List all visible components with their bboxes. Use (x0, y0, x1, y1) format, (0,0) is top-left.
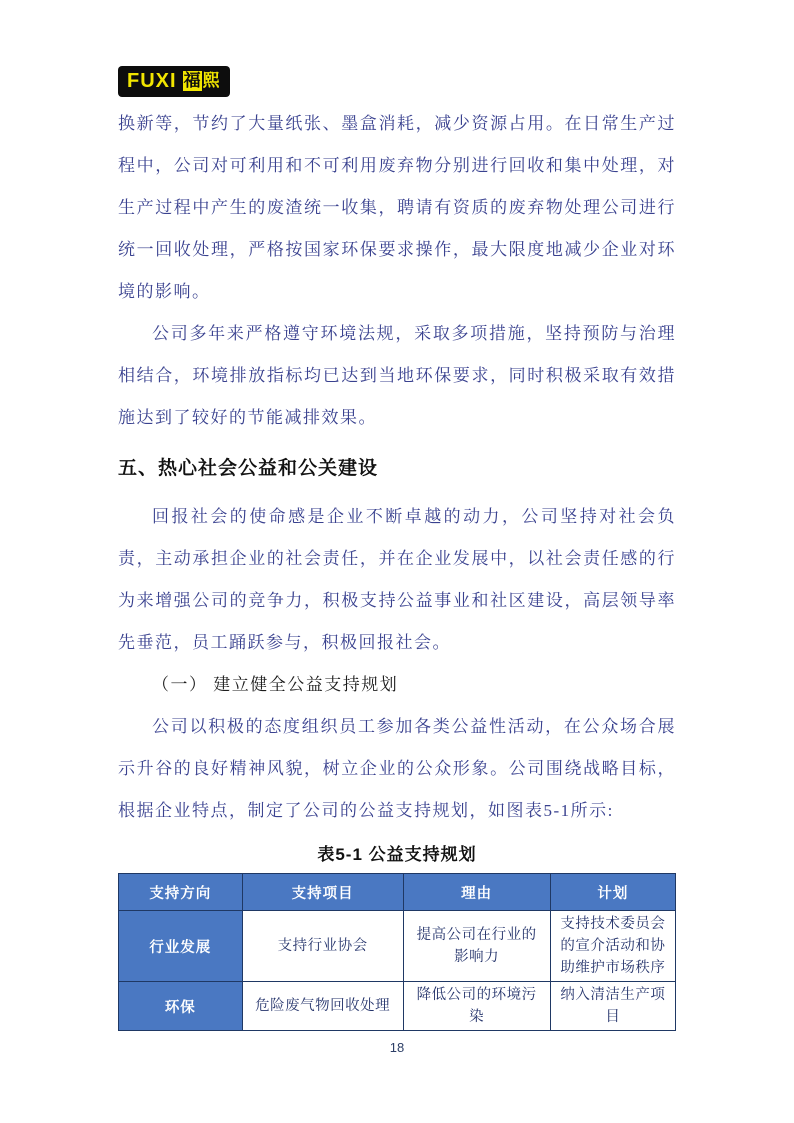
subsection-heading: （一） 建立健全公益支持规划 (118, 664, 676, 706)
section-heading: 五、热心社会公益和公关建设 (118, 455, 676, 482)
document-body: 换新等，节约了大量纸张、墨盒消耗，减少资源占用。在日常生产过程中，公司对可利用和… (118, 103, 676, 1031)
table-header-row: 支持方向 支持项目 理由 计划 (119, 874, 676, 911)
document-page: FUXI 福熙 换新等，节约了大量纸张、墨盒消耗，减少资源占用。在日常生产过程中… (0, 0, 794, 1123)
table-cell: 支持行业协会 (242, 911, 403, 982)
body-paragraph-1: 换新等，节约了大量纸张、墨盒消耗，减少资源占用。在日常生产过程中，公司对可利用和… (118, 103, 676, 313)
public-welfare-support-table: 支持方向 支持项目 理由 计划 行业发展 支持行业协会 提高公司在行业的影响力 … (118, 873, 676, 1031)
column-header-project: 支持项目 (242, 874, 403, 911)
column-header-plan: 计划 (550, 874, 675, 911)
table-row: 环保 危险废气物回收处理 降低公司的环境污染 纳入清洁生产项目 (119, 982, 676, 1031)
company-logo: FUXI 福熙 (118, 66, 230, 97)
column-header-direction: 支持方向 (119, 874, 243, 911)
logo-cjk-text: 福熙 (183, 71, 221, 91)
body-paragraph-3: 回报社会的使命感是企业不断卓越的动力，公司坚持对社会负责，主动承担企业的社会责任… (118, 496, 676, 664)
row-header-cell: 环保 (119, 982, 243, 1031)
column-header-reason: 理由 (403, 874, 550, 911)
body-paragraph-2: 公司多年来严格遵守环境法规，采取多项措施，坚持预防与治理相结合，环境排放指标均已… (118, 313, 676, 439)
table-cell: 纳入清洁生产项目 (550, 982, 675, 1031)
logo-latin-text: FUXI (127, 71, 177, 91)
table-cell: 危险废气物回收处理 (242, 982, 403, 1031)
body-paragraph-4: 公司以积极的态度组织员工参加各类公益性活动，在公众场合展示升谷的良好精神风貌，树… (118, 706, 676, 832)
page-footer: 18 (118, 1040, 676, 1055)
table-row: 行业发展 支持行业协会 提高公司在行业的影响力 支持技术委员会的宣介活动和协助维… (119, 911, 676, 982)
table-title: 表5-1 公益支持规划 (118, 840, 676, 865)
page-number: 18 (390, 1040, 404, 1055)
table-cell: 降低公司的环境污染 (403, 982, 550, 1031)
table-cell: 支持技术委员会的宣介活动和协助维护市场秩序 (550, 911, 675, 982)
row-header-cell: 行业发展 (119, 911, 243, 982)
logo-cjk-char-1: 福 (183, 71, 202, 91)
table-cell: 提高公司在行业的影响力 (403, 911, 550, 982)
logo-cjk-char-2: 熙 (202, 71, 221, 91)
